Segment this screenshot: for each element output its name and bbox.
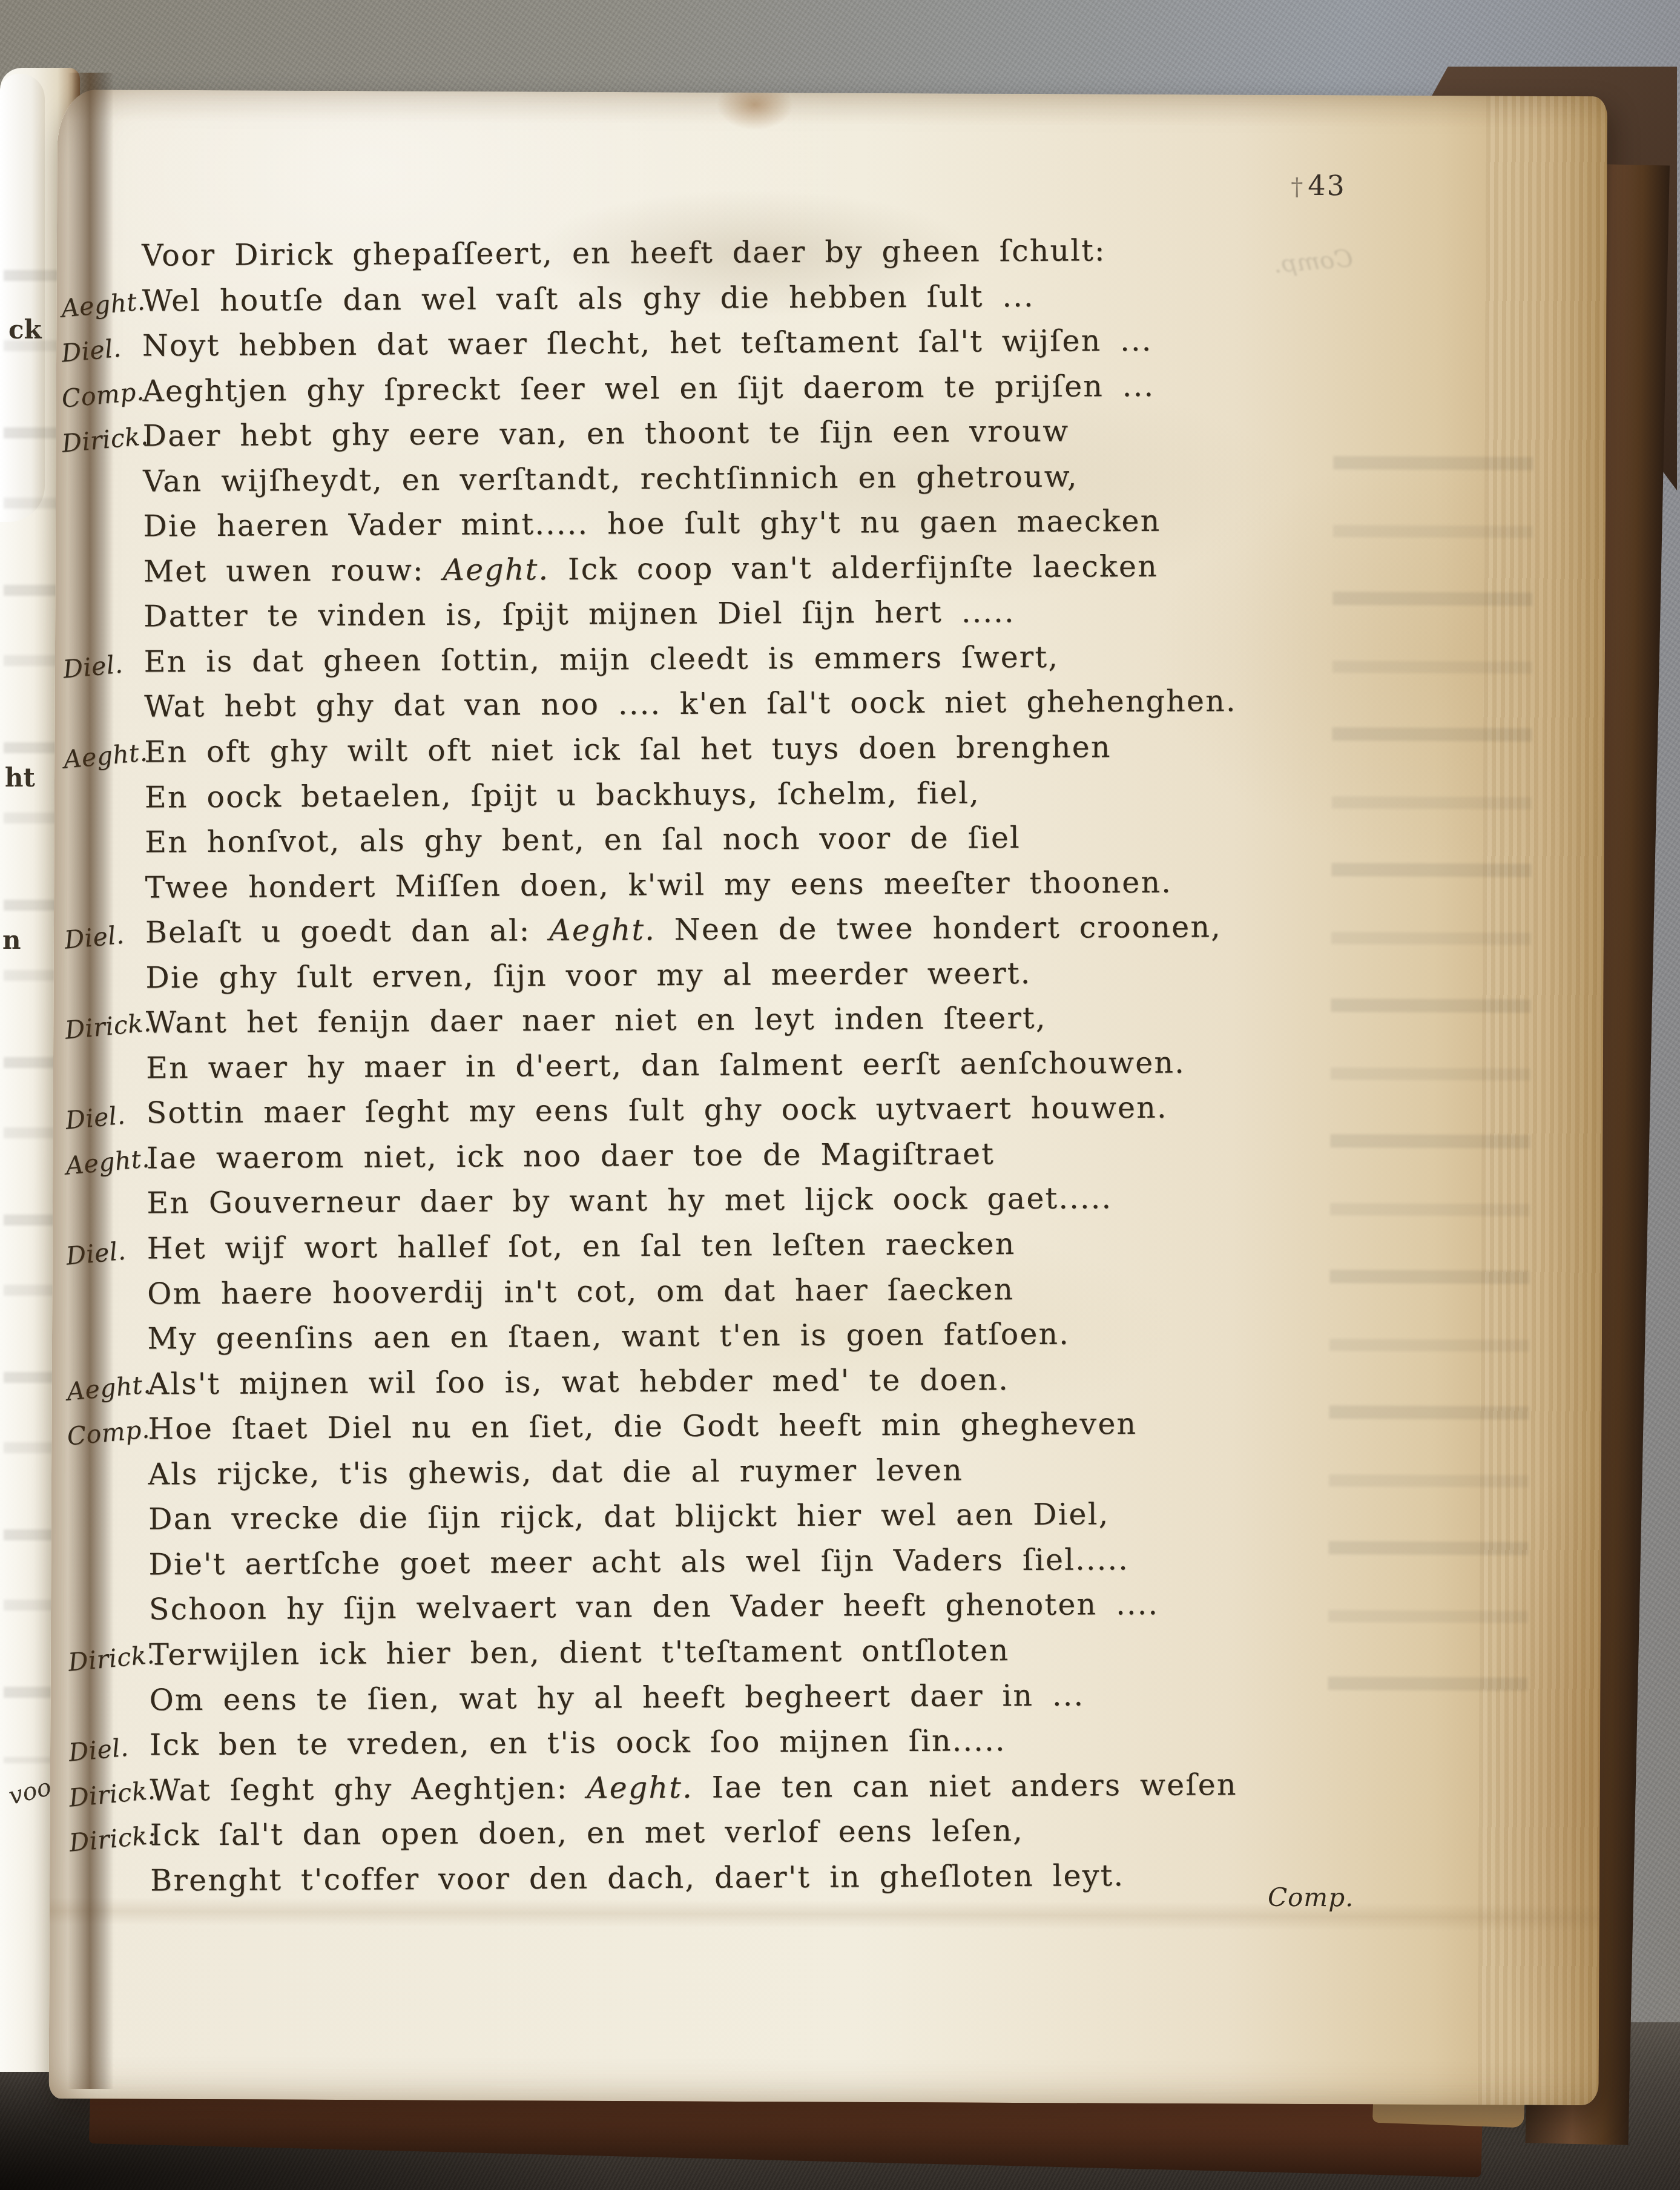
speaker-label: Aeght. (64, 1136, 147, 1189)
inline-speaker-mention: Aeght. (549, 912, 656, 948)
verse-text: Dan vrecke die ſijn rijck, dat blijckt h… (148, 1497, 1110, 1537)
speaker-label: Comp. (65, 1407, 148, 1459)
text-line: Om haere hooverdij in't cot, om dat haer… (147, 1264, 1527, 1316)
verse-text: Brenght t'coffer voor den dach, daer't i… (150, 1858, 1124, 1898)
text-block: Voor Dirick ghepaſſeert, en heeft daer b… (142, 226, 1530, 1904)
text-line: En oock betaelen, ſpijt u backhuys, ſche… (145, 768, 1525, 820)
verse-text: Ick ben te vreden, en t'is oock ſoo mijn… (150, 1723, 1006, 1762)
verse-text: Wel houtſe dan wel vaſt als ghy die hebb… (142, 279, 1034, 318)
text-line: Comp.Aeghtjen ghy ſpreckt ſeer wel en ſi… (142, 361, 1523, 414)
text-line: Diel.Ick ben te vreden, en t'is oock ſoo… (150, 1716, 1530, 1768)
speaker-label: Aeght. (62, 730, 145, 782)
text-line: Met uwen rouw: Aeght. Ick coop van't ald… (143, 542, 1524, 594)
speaker-label: Dirick. (67, 1768, 151, 1820)
text-line: My geenſins aen en ſtaen, want t'en is g… (147, 1310, 1527, 1362)
verse-text: Daer hebt ghy eere van, en thoont te ſij… (143, 414, 1070, 454)
text-line: Twee hondert Miſſen doen, k'wil my eens … (145, 858, 1525, 910)
page-number-value: 43 (1308, 169, 1346, 202)
verse-text: Neen de twee hondert croonen, (656, 909, 1222, 947)
text-line: Dirick:Ick ſal't dan open doen, en met v… (150, 1806, 1530, 1858)
page-number: †43 (1291, 169, 1346, 202)
text-line: Diel.En is dat gheen ſottin, mijn cleedt… (143, 633, 1524, 685)
speaker-label: Diel. (62, 911, 146, 963)
verse-text: Sottin maer ſeght my eens ſult ghy oock … (146, 1090, 1167, 1130)
verse-text: Belaſt u goedt dan al: (145, 913, 550, 949)
edge-fragment: ck (8, 315, 42, 345)
book-photo: ck ht n voor †43 Comp. Voor Dirick ghepa… (0, 0, 1680, 2190)
verse-text: Om haere hooverdij in't cot, om dat haer… (147, 1272, 1014, 1311)
text-line: Diel.Sottin maer ſeght my eens ſult ghy … (146, 1084, 1526, 1136)
verse-text: Iae ten can niet anders weſen (693, 1767, 1237, 1805)
inline-speaker-mention: Aeght. (443, 552, 549, 587)
verse-text: Met uwen rouw: (143, 553, 443, 589)
edge-fragment: ht (5, 763, 35, 793)
verse-text: Noyt hebben dat waer ſlecht, het teſtame… (142, 323, 1153, 363)
book-page: †43 Comp. Voor Dirick ghepaſſeert, en he… (49, 90, 1607, 2105)
speaker-label: Diel. (64, 1227, 148, 1279)
verse-text: Ick coop van't alderfijnſte laecken (549, 549, 1158, 587)
verse-text: Wat hebt ghy dat van noo .... k'en ſal't… (144, 684, 1237, 724)
text-line: Die haeren Vader mint..... hoe ſult ghy'… (143, 497, 1523, 549)
verse-text: Aeghtjen ghy ſpreckt ſeer wel en ſijt da… (142, 368, 1155, 408)
verse-text: Die't aertſche goet meer acht als wel ſi… (148, 1542, 1129, 1581)
text-line: Aeght.Als't mijnen wil ſoo is, wat hebde… (148, 1354, 1528, 1407)
speaker-label: Diel. (59, 324, 143, 376)
verse-text: Die haeren Vader mint..... hoe ſult ghy'… (143, 504, 1161, 544)
verse-text: En oock betaelen, ſpijt u backhuys, ſche… (145, 776, 980, 814)
verse-text: En Gouverneur daer by want hy met lijck … (147, 1181, 1112, 1221)
text-line: Diel.Het wijf wort hallef ſot, en ſal te… (147, 1219, 1527, 1271)
text-line: Dirick.Daer hebt ghy eere van, en thoont… (143, 407, 1523, 459)
text-line: Aeght.En oft ghy wilt oft niet ick ſal h… (144, 723, 1524, 775)
text-line: Van wijſheydt, en verſtandt, rechtſinnic… (143, 452, 1523, 504)
text-line: Dirick.Terwijlen ick hier ben, dient t't… (149, 1626, 1529, 1678)
text-line: Dirick.Want het fenijn daer naer niet en… (146, 994, 1526, 1046)
verse-text: Terwijlen ick hier ben, dient t'teſtamen… (149, 1633, 1009, 1672)
verse-text: Om eens te ſien, wat hy al heeft begheer… (149, 1678, 1084, 1717)
text-line: Dirick.Wat ſeght ghy Aeghtjen: Aeght. Ia… (150, 1761, 1530, 1813)
text-line: En waer hy maer in d'eert, dan ſalment e… (146, 1038, 1526, 1090)
verse-text: Want het fenijn daer naer niet en leyt i… (146, 1001, 1047, 1040)
verse-text: Schoon hy ſijn welvaert van den Vader he… (149, 1587, 1159, 1627)
text-line: Comp.Hoe ſtaet Diel nu en ſiet, die Godt… (148, 1400, 1528, 1452)
text-line: Aeght.Wel houtſe dan wel vaſt als ghy di… (142, 271, 1522, 323)
verse-text: Het wijf wort hallef ſot, en ſal ten leſ… (147, 1227, 1016, 1266)
verse-text: En waer hy maer in d'eert, dan ſalment e… (146, 1045, 1185, 1085)
verse-text: Die ghy ſult erven, ſijn voor my al meer… (145, 956, 1031, 995)
speaker-label: Aeght. (59, 279, 143, 331)
speaker-label: Diel. (64, 1091, 147, 1143)
text-line: Diel.Noyt hebben dat waer ſlecht, het te… (142, 317, 1523, 369)
text-line: Die't aertſche goet meer acht als wel ſi… (148, 1535, 1529, 1588)
speaker-label: Diel. (67, 1723, 150, 1775)
verse-text: En oft ghy wilt oft niet ick ſal het tuy… (144, 730, 1111, 769)
verse-text: En is dat gheen ſottin, mijn cleedt is e… (144, 640, 1059, 679)
speaker-label: Dirick. (66, 1633, 150, 1685)
text-line: Diel.Belaſt u goedt dan al: Aeght. Neen … (145, 903, 1526, 955)
speaker-label: Dirick: (67, 1813, 151, 1865)
speaker-label: Comp. (59, 369, 143, 421)
verse-text: Iae waerom niet, ick noo daer toe de Mag… (147, 1136, 995, 1175)
text-line: Dan vrecke die ſijn rijck, dat blijckt h… (148, 1490, 1529, 1542)
verse-text: Als't mijnen wil ſoo is, wat hebder med'… (148, 1362, 1009, 1401)
text-line: Die ghy ſult erven, ſijn voor my al meer… (145, 948, 1526, 1000)
text-line: Wat hebt ghy dat van noo .... k'en ſal't… (144, 678, 1524, 730)
speaker-label: Dirick. (63, 1001, 147, 1053)
speaker-label: Aeght. (65, 1362, 148, 1414)
inline-speaker-mention: Aeght. (587, 1770, 693, 1805)
verse-text: Twee hondert Miſſen doen, k'wil my eens … (145, 865, 1172, 905)
dagger-mark: † (1291, 173, 1308, 201)
verse-text: Van wijſheydt, en verſtandt, rechtſinnic… (143, 459, 1078, 498)
text-line: En honſvot, als ghy bent, en ſal noch vo… (145, 813, 1525, 865)
text-line: Als rijcke, t'is ghewis, dat die al ruym… (148, 1445, 1529, 1497)
verse-text: Wat ſeght ghy Aeghtjen: (150, 1770, 587, 1807)
verse-text: Datter te vinden is, ſpijt mijnen Diel ſ… (143, 595, 1015, 634)
verse-text: Ick ſal't dan open doen, en met verlof e… (150, 1813, 1024, 1853)
text-line: Voor Dirick ghepaſſeert, en heeft daer b… (142, 226, 1522, 279)
text-line: Schoon hy ſijn welvaert van den Vader he… (149, 1580, 1529, 1632)
text-line: Om eens te ſien, wat hy al heeft begheer… (149, 1671, 1529, 1723)
catchword: Comp. (1268, 1882, 1354, 1913)
verse-text: Voor Dirick ghepaſſeert, en heeft daer b… (142, 233, 1106, 272)
verse-text: My geenſins aen en ſtaen, want t'en is g… (147, 1317, 1070, 1356)
text-line: En Gouverneur daer by want hy met lijck … (147, 1174, 1527, 1226)
text-line: Aeght.Iae waerom niet, ick noo daer toe … (147, 1129, 1527, 1181)
text-line: Datter te vinden is, ſpijt mijnen Diel ſ… (143, 587, 1524, 639)
verse-text: Als rijcke, t'is ghewis, dat die al ruym… (148, 1453, 964, 1491)
speaker-label: Dirick. (60, 414, 143, 466)
verse-text: Hoe ſtaet Diel nu en ſiet, die Godt heef… (148, 1407, 1137, 1446)
verse-text: En honſvot, als ghy bent, en ſal noch vo… (145, 820, 1021, 860)
speaker-label: Diel. (61, 640, 145, 692)
edge-fragment: n (2, 925, 21, 955)
